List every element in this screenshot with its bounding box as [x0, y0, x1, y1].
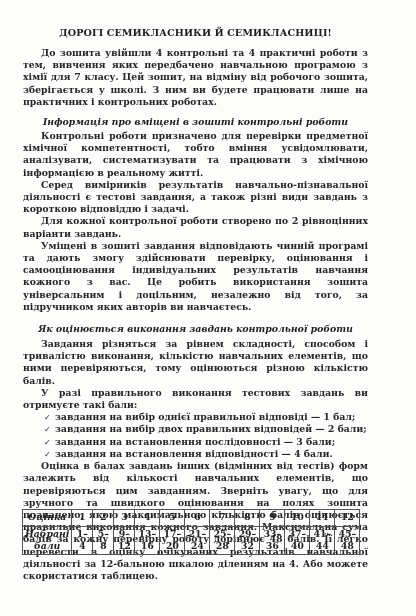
range-to: 32 [241, 541, 254, 552]
checkmark-icon: ✓ [44, 437, 55, 449]
paragraph: Завдання різняться за рівнем складності,… [23, 339, 368, 388]
table-cell: 29–32 [235, 527, 260, 555]
table-cell: 6 [185, 510, 210, 527]
table-cell: 8 [235, 510, 260, 527]
row-label-points: Набранібали [23, 527, 72, 555]
list-item: ✓ завдання на вибір однієї правильної ві… [44, 412, 368, 424]
table-cell: 10 [285, 510, 310, 527]
table-cell: 2 [93, 510, 114, 527]
paragraph: Для кожної контрольної роботи створено п… [23, 216, 368, 240]
range-from: 5– [98, 529, 109, 540]
grade-conversion-table: Оцінка 1 2 3 4 5 6 7 8 9 10 11 12 Набран… [22, 509, 360, 555]
range-from: 1– [77, 529, 88, 540]
table-cell: 11 [310, 510, 335, 527]
paragraph: У разі правильного виконання тестових за… [23, 388, 368, 412]
range-from: 45– [339, 529, 357, 540]
table-cell: 17–20 [160, 527, 185, 555]
range-from: 13– [139, 529, 157, 540]
table-cell: 41–44 [310, 527, 335, 555]
table-row-points: Набранібали 1–4 5–8 9–12 13–16 17–20 21–… [23, 527, 360, 555]
range-to: 44 [316, 541, 329, 552]
points-checklist: ✓ завдання на вибір однієї правильної ві… [23, 412, 368, 461]
range-to: 16 [141, 541, 154, 552]
section-heading-grading: Як оцінюється виконання завдань контроль… [23, 324, 368, 336]
table-cell: 33–36 [260, 527, 285, 555]
paragraph: Контрольні роботи призначено для перевір… [23, 131, 368, 180]
range-to: 12 [118, 541, 131, 552]
range-to: 36 [266, 541, 279, 552]
checkmark-icon: ✓ [44, 424, 55, 436]
intro-paragraph: До зошита увійшли 4 контрольні та 4 прак… [23, 48, 368, 109]
checkmark-icon: ✓ [44, 449, 55, 461]
table-cell: 1 [72, 510, 93, 527]
table-cell: 4 [135, 510, 160, 527]
range-from: 33– [264, 529, 282, 540]
range-from: 25– [214, 529, 232, 540]
page-title: ДОРОГІ СЕМИКЛАСНИКИ Й СЕМИКЛАСНИЦІ! [23, 27, 368, 40]
row-label-grade: Оцінка [23, 510, 72, 527]
table-cell: 3 [114, 510, 135, 527]
range-from: 21– [189, 529, 207, 540]
list-item-text: завдання на вибір двох правильних відпов… [55, 424, 367, 436]
section-heading-contents: Інформація про вміщені в зошиті контроль… [23, 117, 368, 129]
range-to: 8 [100, 541, 106, 552]
paragraph: Уміщені в зошиті завдання відповідають ч… [23, 241, 368, 314]
document-page: ДОРОГІ СЕМИКЛАСНИКИ Й СЕМИКЛАСНИЦІ! До з… [23, 27, 368, 583]
range-to: 28 [216, 541, 229, 552]
table-cell: 25–28 [210, 527, 235, 555]
label-line: Набрані [25, 529, 69, 540]
table-cell: 5 [160, 510, 185, 527]
table-cell: 9–12 [114, 527, 135, 555]
list-item: ✓ завдання на вибір двох правильних відп… [44, 424, 368, 436]
range-from: 41– [314, 529, 332, 540]
checkmark-icon: ✓ [44, 412, 55, 424]
list-item-text: завдання на вибір однієї правильної відп… [55, 412, 355, 424]
list-item: ✓ завдання на встановлення відповідності… [44, 449, 368, 461]
range-from: 37– [289, 529, 307, 540]
table-cell: 12 [335, 510, 360, 527]
label-line: бали [34, 541, 60, 552]
table-cell: 7 [210, 510, 235, 527]
table-row-grades: Оцінка 1 2 3 4 5 6 7 8 9 10 11 12 [23, 510, 360, 527]
range-to: 48 [341, 541, 354, 552]
list-item-text: завдання на встановлення відповідності —… [55, 449, 333, 461]
table-cell: 5–8 [93, 527, 114, 555]
table-cell: 37–40 [285, 527, 310, 555]
table-cell: 13–16 [135, 527, 160, 555]
range-to: 40 [291, 541, 304, 552]
list-item-text: завдання на встановлення послідовності —… [55, 437, 335, 449]
paragraph: Серед вимірників результатів навчально-п… [23, 180, 368, 217]
list-item: ✓ завдання на встановлення послідовності… [44, 437, 368, 449]
range-to: 4 [79, 541, 85, 552]
table-cell: 9 [260, 510, 285, 527]
table-cell: 21–24 [185, 527, 210, 555]
range-to: 24 [191, 541, 204, 552]
range-to: 20 [166, 541, 179, 552]
table-cell: 1–4 [72, 527, 93, 555]
range-from: 17– [164, 529, 182, 540]
range-from: 9– [119, 529, 130, 540]
table-cell: 45–48 [335, 527, 360, 555]
range-from: 29– [239, 529, 257, 540]
